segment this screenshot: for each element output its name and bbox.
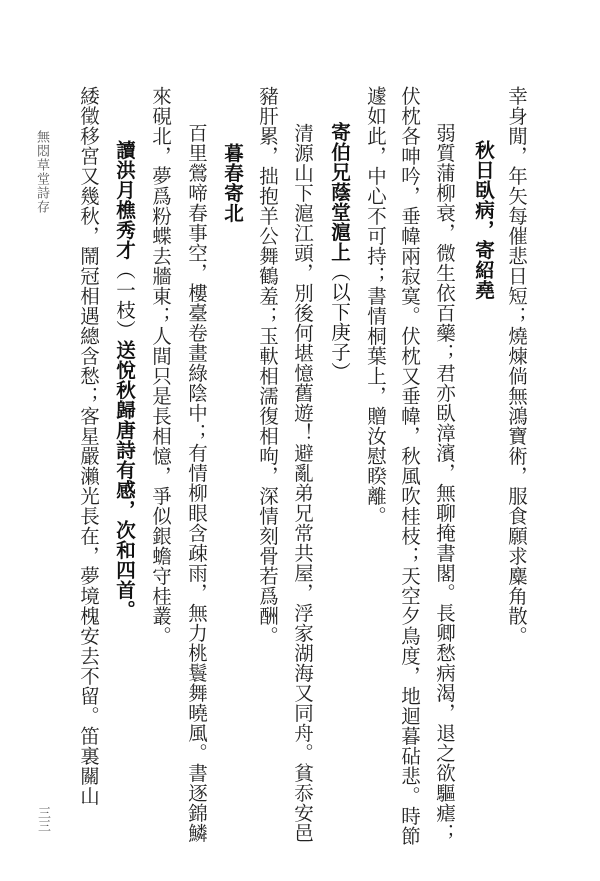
poem-line: 伏枕各呻吟，垂幃兩寂寞。伏枕又垂幃，秋風吹桂枝；天空夕鳥度，地迴暮砧悲。時節 [397,86,421,846]
running-head: 無悶草堂詩存 [33,130,49,214]
poem-title: 秋日臥病，寄紹堯 [471,140,495,300]
poem-title-text: 寄伯兄蔭堂滬上 [328,122,351,262]
book-page: 幸身閒，年矢每催悲日短；燒煉倘無鴻寶術，服食願求麋角散。 秋日臥病，寄紹堯 弱質… [0,0,600,881]
poem-line: 百里鶯啼春事空，樓臺卷畫綠陰中；有情柳眼含疎雨，無力桃鬟舞曉風。書逐錦鱗 [184,123,208,843]
poem-title: 讀洪月樵秀才（一枝）送悅秋歸唐詩有感，次和四首。 [112,140,136,620]
poem-title-note: （以下庚子） [328,262,351,382]
poem-title-text: 讀洪月樵秀才 [113,140,136,260]
poem-line: 幸身閒，年矢每催悲日短；燒煉倘無鴻寶術，服食願求麋角散。 [504,86,528,646]
poem-title: 暮春寄北 [220,143,244,223]
page-number: 三三 [34,806,50,832]
poem-line: 遽如此，中心不可持；書情桐葉上，贈汝慰睽離。 [363,86,387,526]
poem-line: 來硯北，夢爲粉蝶去牆東；人間只是長相憶，爭似銀蟾守桂叢。 [148,86,172,646]
poem-line: 豬肝累，拙抱羊公舞鶴羞；玉軑相濡復相呴，深情刻骨若爲酬。 [255,86,279,646]
poem-line: 清源山下滬江頭，別後何堪憶舊遊！避亂弟兄常共屋，浮家湖海又同舟。貧忝安邑 [290,123,314,843]
poem-title-note: （一枝） [113,260,136,340]
poem-line: 弱質蒲柳衰，微生依百藥；君亦臥漳濱，無聊掩書閣。長卿愁病渴，退之欲驅瘧； [432,123,456,843]
poem-title-text-cont: 送悅秋歸唐詩有感，次和四首。 [113,340,136,620]
poem-title: 寄伯兄蔭堂滬上（以下庚子） [327,122,351,382]
poem-line: 緌徵移宮又幾秋，鬧冠相遇總含愁；客星嚴瀨光長在，夢境槐安去不留。笛裏關山 [76,86,100,806]
